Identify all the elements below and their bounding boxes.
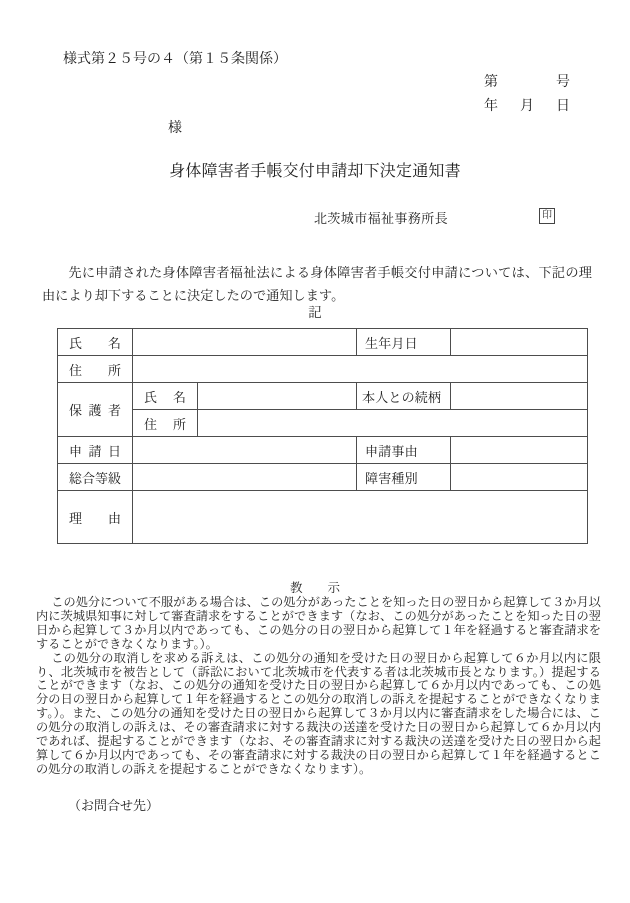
date-day-label: 日 xyxy=(556,99,570,115)
date-line: 年 月 日 xyxy=(484,99,570,115)
record-heading: 記 xyxy=(0,305,630,320)
application-reason-label-cell: 申請事由 xyxy=(357,437,451,464)
guardian-name-value-cell xyxy=(198,383,357,410)
instruction-paragraph-1: この処分について不服がある場合は、この処分があったことを知った日の翌日から起算し… xyxy=(36,596,601,652)
address-label: 住所 xyxy=(58,360,132,379)
date-year-label: 年 xyxy=(484,99,498,115)
relation-value-cell xyxy=(451,383,588,410)
guardian-address-value-cell xyxy=(198,410,588,437)
reason-value-cell xyxy=(133,491,588,544)
name-label: 氏名 xyxy=(58,333,132,352)
birth-date-label: 生年月日 xyxy=(357,333,450,352)
address-value-cell xyxy=(133,356,588,383)
reason-label: 理由 xyxy=(58,508,132,527)
birth-date-value-cell xyxy=(451,329,588,356)
name-value-cell xyxy=(133,329,357,356)
application-date-label: 申請日 xyxy=(58,441,132,460)
doc-number-prefix: 第 xyxy=(484,75,498,91)
instruction-paragraph-2: この処分の取消しを求める訴えは、この処分の通知を受けた日の翌日から起算して６か月… xyxy=(36,652,601,777)
guardian-label-cell: 保護者 xyxy=(58,383,133,437)
table-row: 住所 xyxy=(58,410,588,437)
table-row: 理由 xyxy=(58,491,588,544)
application-date-label-cell: 申請日 xyxy=(58,437,133,464)
doc-number-block: 第 号 年 月 日 xyxy=(484,75,570,115)
table-row: 申請日 申請事由 xyxy=(58,437,588,464)
page-title: 身体障害者手帳交付申請却下決定通知書 xyxy=(0,162,630,181)
doc-number-suffix: 号 xyxy=(556,75,570,91)
table-row: 氏名 生年月日 xyxy=(58,329,588,356)
instruction-heading: 教 示 xyxy=(0,581,630,595)
application-date-value-cell xyxy=(133,437,357,464)
guardian-address-label: 住所 xyxy=(133,414,197,433)
reason-label-cell: 理由 xyxy=(58,491,133,544)
issuer-name: 北茨城市福祉事務所長 xyxy=(314,208,448,227)
table-row: 保護者 氏名 本人との続柄 xyxy=(58,383,588,410)
issuer-line: 北茨城市福祉事務所長 印 xyxy=(0,208,630,226)
name-label-cell: 氏名 xyxy=(58,329,133,356)
doc-number-line: 第 号 xyxy=(484,75,570,91)
disability-type-label: 障害種別 xyxy=(357,468,450,487)
contact-label: （お問合せ先） xyxy=(68,798,159,814)
date-month-label: 月 xyxy=(520,99,534,115)
table-row: 住所 xyxy=(58,356,588,383)
instruction-block: この処分について不服がある場合は、この処分があったことを知った日の翌日から起算し… xyxy=(36,596,601,777)
application-reason-value-cell xyxy=(451,437,588,464)
relation-label: 本人との続柄 xyxy=(357,387,450,406)
address-label-cell: 住所 xyxy=(58,356,133,383)
seal-placeholder-icon: 印 xyxy=(539,208,555,224)
document-page: 様式第２５号の４（第１５条関係） 第 号 年 月 日 様 身体障害者手帳交付申請… xyxy=(0,0,630,903)
addressee-honorific: 様 xyxy=(168,120,182,137)
relation-label-cell: 本人との続柄 xyxy=(357,383,451,410)
body-paragraph: 先に申請された身体障害者福祉法による身体障害者手帳交付申請については、下記の理由… xyxy=(42,261,592,307)
application-table: 氏名 生年月日 住所 保護者 氏名 xyxy=(57,328,588,544)
guardian-label: 保護者 xyxy=(58,400,132,419)
disability-type-label-cell: 障害種別 xyxy=(357,464,451,491)
guardian-address-label-cell: 住所 xyxy=(133,410,198,437)
birth-date-label-cell: 生年月日 xyxy=(357,329,451,356)
overall-grade-label-cell: 総合等級 xyxy=(58,464,133,491)
table-row: 総合等級 障害種別 xyxy=(58,464,588,491)
overall-grade-label: 総合等級 xyxy=(58,468,132,487)
overall-grade-value-cell xyxy=(133,464,357,491)
guardian-name-label-cell: 氏名 xyxy=(133,383,198,410)
disability-type-value-cell xyxy=(451,464,588,491)
form-number: 様式第２５号の４（第１５条関係） xyxy=(63,52,287,68)
guardian-name-label: 氏名 xyxy=(133,387,197,406)
application-reason-label: 申請事由 xyxy=(357,441,450,460)
